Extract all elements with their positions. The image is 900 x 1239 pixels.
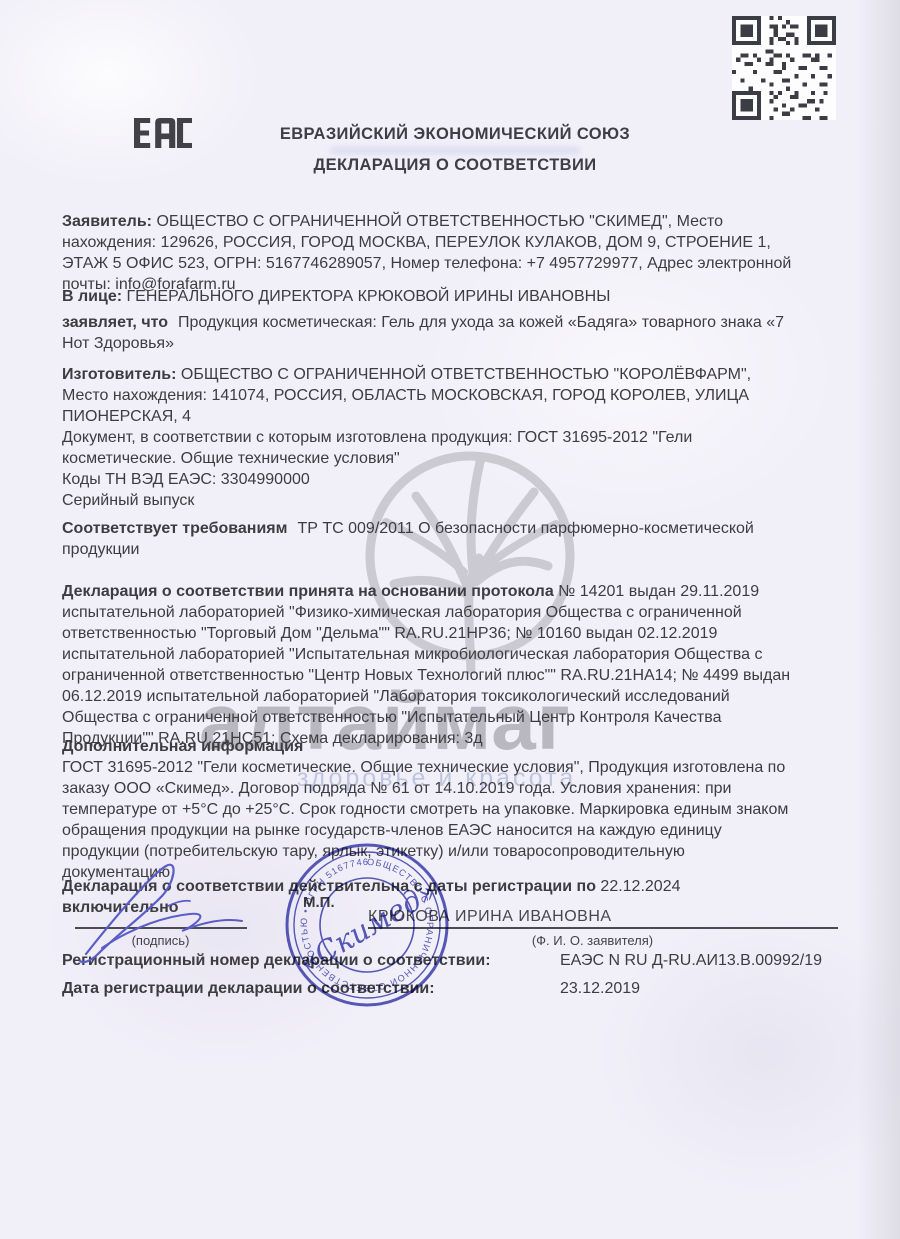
handwritten-signature	[72, 858, 282, 968]
serial-release-line: Серийный выпуск	[62, 490, 858, 511]
qr-code	[729, 16, 839, 120]
document-ref-paragraph: Документ, в соответствии с которым изгот…	[62, 427, 858, 469]
complies-paragraph: Соответствует требованиямТР ТС 009/2011 …	[62, 518, 858, 560]
name-caption: (Ф. И. О. заявителя)	[505, 933, 680, 948]
additional-info-heading: Дополнительная информация	[62, 736, 858, 757]
in-person-label: В лице:	[62, 288, 122, 305]
document-title: ДЕКЛАРАЦИЯ О СООТВЕТСТВИИ	[62, 156, 848, 175]
basis-label: Декларация о соответствии принята на осн…	[62, 583, 554, 600]
basis-text: № 14201 выдан 29.11.2019 испытательной л…	[62, 583, 790, 747]
applicant-paragraph: Заявитель: ОБЩЕСТВО С ОГРАНИЧЕННОЙ ОТВЕТ…	[62, 211, 858, 295]
declares-label: заявляет, что	[62, 314, 168, 331]
in-person-text: ГЕНЕРАЛЬНОГО ДИРЕКТОРА КРЮКОВОЙ ИРИНЫ ИВ…	[122, 288, 610, 305]
applicant-label: Заявитель:	[62, 213, 152, 230]
in-person-paragraph: В лице: ГЕНЕРАЛЬНОГО ДИРЕКТОРА КРЮКОВОЙ …	[62, 286, 858, 307]
tnved-codes-line: Коды ТН ВЭД ЕАЭС: 3304990000	[62, 469, 858, 490]
scan-edge-shadow	[857, 0, 900, 1239]
declares-text: Продукция косметическая: Гель для ухода …	[62, 314, 784, 352]
union-title: ЕВРАЗИЙСКИЙ ЭКОНОМИЧЕСКИЙ СОЮЗ	[62, 125, 848, 144]
declaration-document: алтаймаг здоровье и красота	[0, 0, 900, 1239]
applicant-text: ОБЩЕСТВО С ОГРАНИЧЕННОЙ ОТВЕТСТВЕННОСТЬЮ…	[62, 213, 791, 293]
manufacturer-label: Изготовитель:	[62, 366, 176, 383]
declares-paragraph: заявляет, чтоПродукция косметическая: Ге…	[62, 312, 858, 354]
complies-label: Соответствует требованиям	[62, 520, 287, 537]
validity-date: 22.12.2024	[596, 878, 681, 895]
manufacturer-paragraph: Изготовитель: ОБЩЕСТВО С ОГРАНИЧЕННОЙ ОТ…	[62, 364, 858, 427]
scan-smear	[330, 146, 580, 155]
registration-date-value: 23.12.2019	[560, 980, 640, 998]
registration-number-value: ЕАЭС N RU Д-RU.АИ13.В.00992/19	[560, 952, 822, 970]
basis-paragraph: Декларация о соответствии принята на осн…	[62, 581, 858, 749]
company-stamp: ОБЩЕСТВО С ОГРАНИЧЕННОЙ ОТВЕТСТВЕННОСТЬЮ…	[282, 840, 452, 1010]
